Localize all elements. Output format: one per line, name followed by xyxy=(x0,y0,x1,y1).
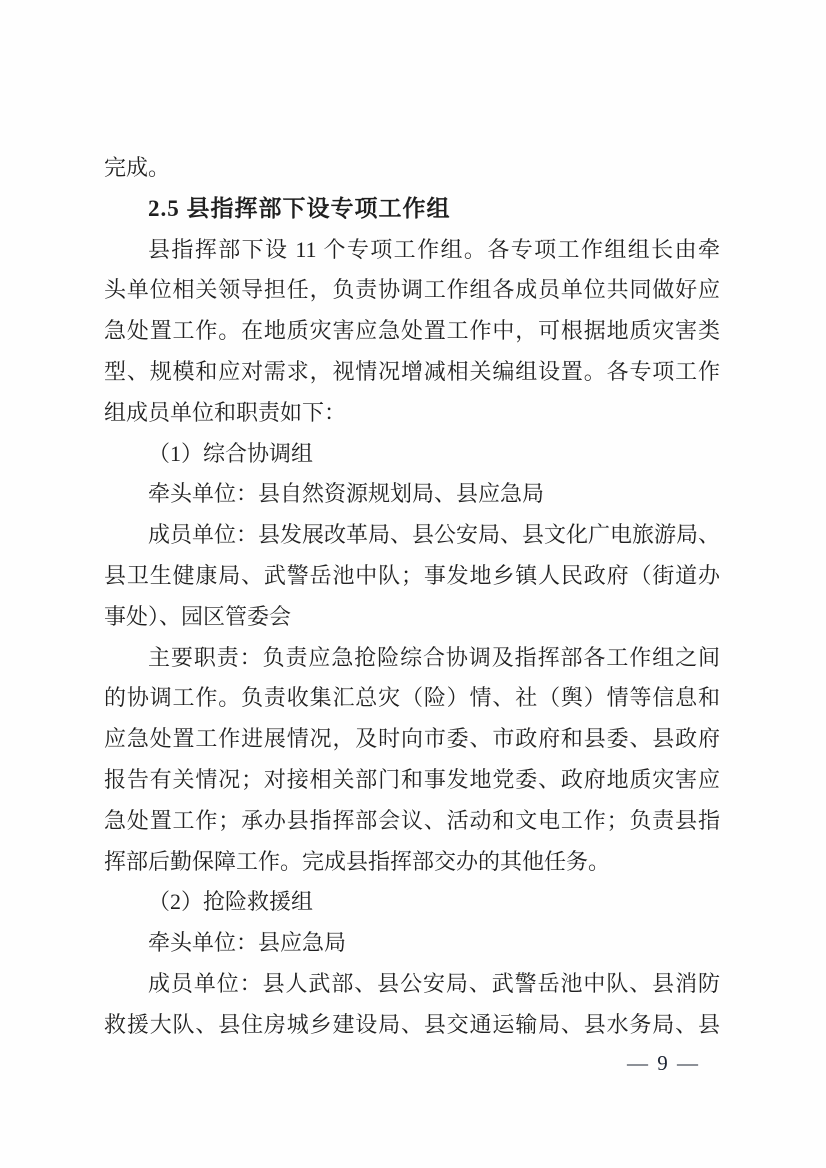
text-line: 县卫生健康局、武警岳池中队；事发地乡镇人民政府（街道办 xyxy=(104,556,720,597)
text-line: （1）综合协调组 xyxy=(104,434,720,475)
text-line: 事处）、园区管委会 xyxy=(104,597,720,638)
text-line: 牵头单位：县应急局 xyxy=(104,923,720,964)
text-line: 头单位相关领导担任，负责协调工作组各成员单位共同做好应 xyxy=(104,270,720,311)
section-heading: 2.5 县指挥部下设专项工作组 xyxy=(104,189,720,230)
text-line: 成员单位：县发展改革局、县公安局、县文化广电旅游局、 xyxy=(104,515,720,556)
document-body: 完成。2.5 县指挥部下设专项工作组县指挥部下设 11 个专项工作组。各专项工作… xyxy=(104,148,720,1046)
text-line: 成员单位：县人武部、县公安局、武警岳池中队、县消防 xyxy=(104,964,720,1005)
text-line: 急处置工作；承办县指挥部会议、活动和文电工作；负责县指 xyxy=(104,801,720,842)
text-line: 挥部后勤保障工作。完成县指挥部交办的其他任务。 xyxy=(104,842,720,883)
text-line: 应急处置工作进展情况，及时向市委、市政府和县委、县政府 xyxy=(104,719,720,760)
text-line: （2）抢险救援组 xyxy=(104,882,720,923)
text-line: 完成。 xyxy=(104,148,720,189)
text-line: 救援大队、县住房城乡建设局、县交通运输局、县水务局、县 xyxy=(104,1005,720,1046)
document-page: 完成。2.5 县指挥部下设专项工作组县指挥部下设 11 个专项工作组。各专项工作… xyxy=(0,0,826,1168)
text-line: 报告有关情况；对接相关部门和事发地党委、政府地质灾害应 xyxy=(104,760,720,801)
text-line: 的协调工作。负责收集汇总灾（险）情、社（舆）情等信息和 xyxy=(104,678,720,719)
text-line: 主要职责：负责应急抢险综合协调及指挥部各工作组之间 xyxy=(104,638,720,679)
text-line: 组成员单位和职责如下： xyxy=(104,393,720,434)
text-line: 牵头单位：县自然资源规划局、县应急局 xyxy=(104,474,720,515)
text-line: 县指挥部下设 11 个专项工作组。各专项工作组组长由牵 xyxy=(104,230,720,271)
page-number: — 9 — xyxy=(627,1048,700,1078)
text-line: 急处置工作。在地质灾害应急处置工作中，可根据地质灾害类 xyxy=(104,311,720,352)
text-line: 型、规模和应对需求，视情况增减相关编组设置。各专项工作 xyxy=(104,352,720,393)
